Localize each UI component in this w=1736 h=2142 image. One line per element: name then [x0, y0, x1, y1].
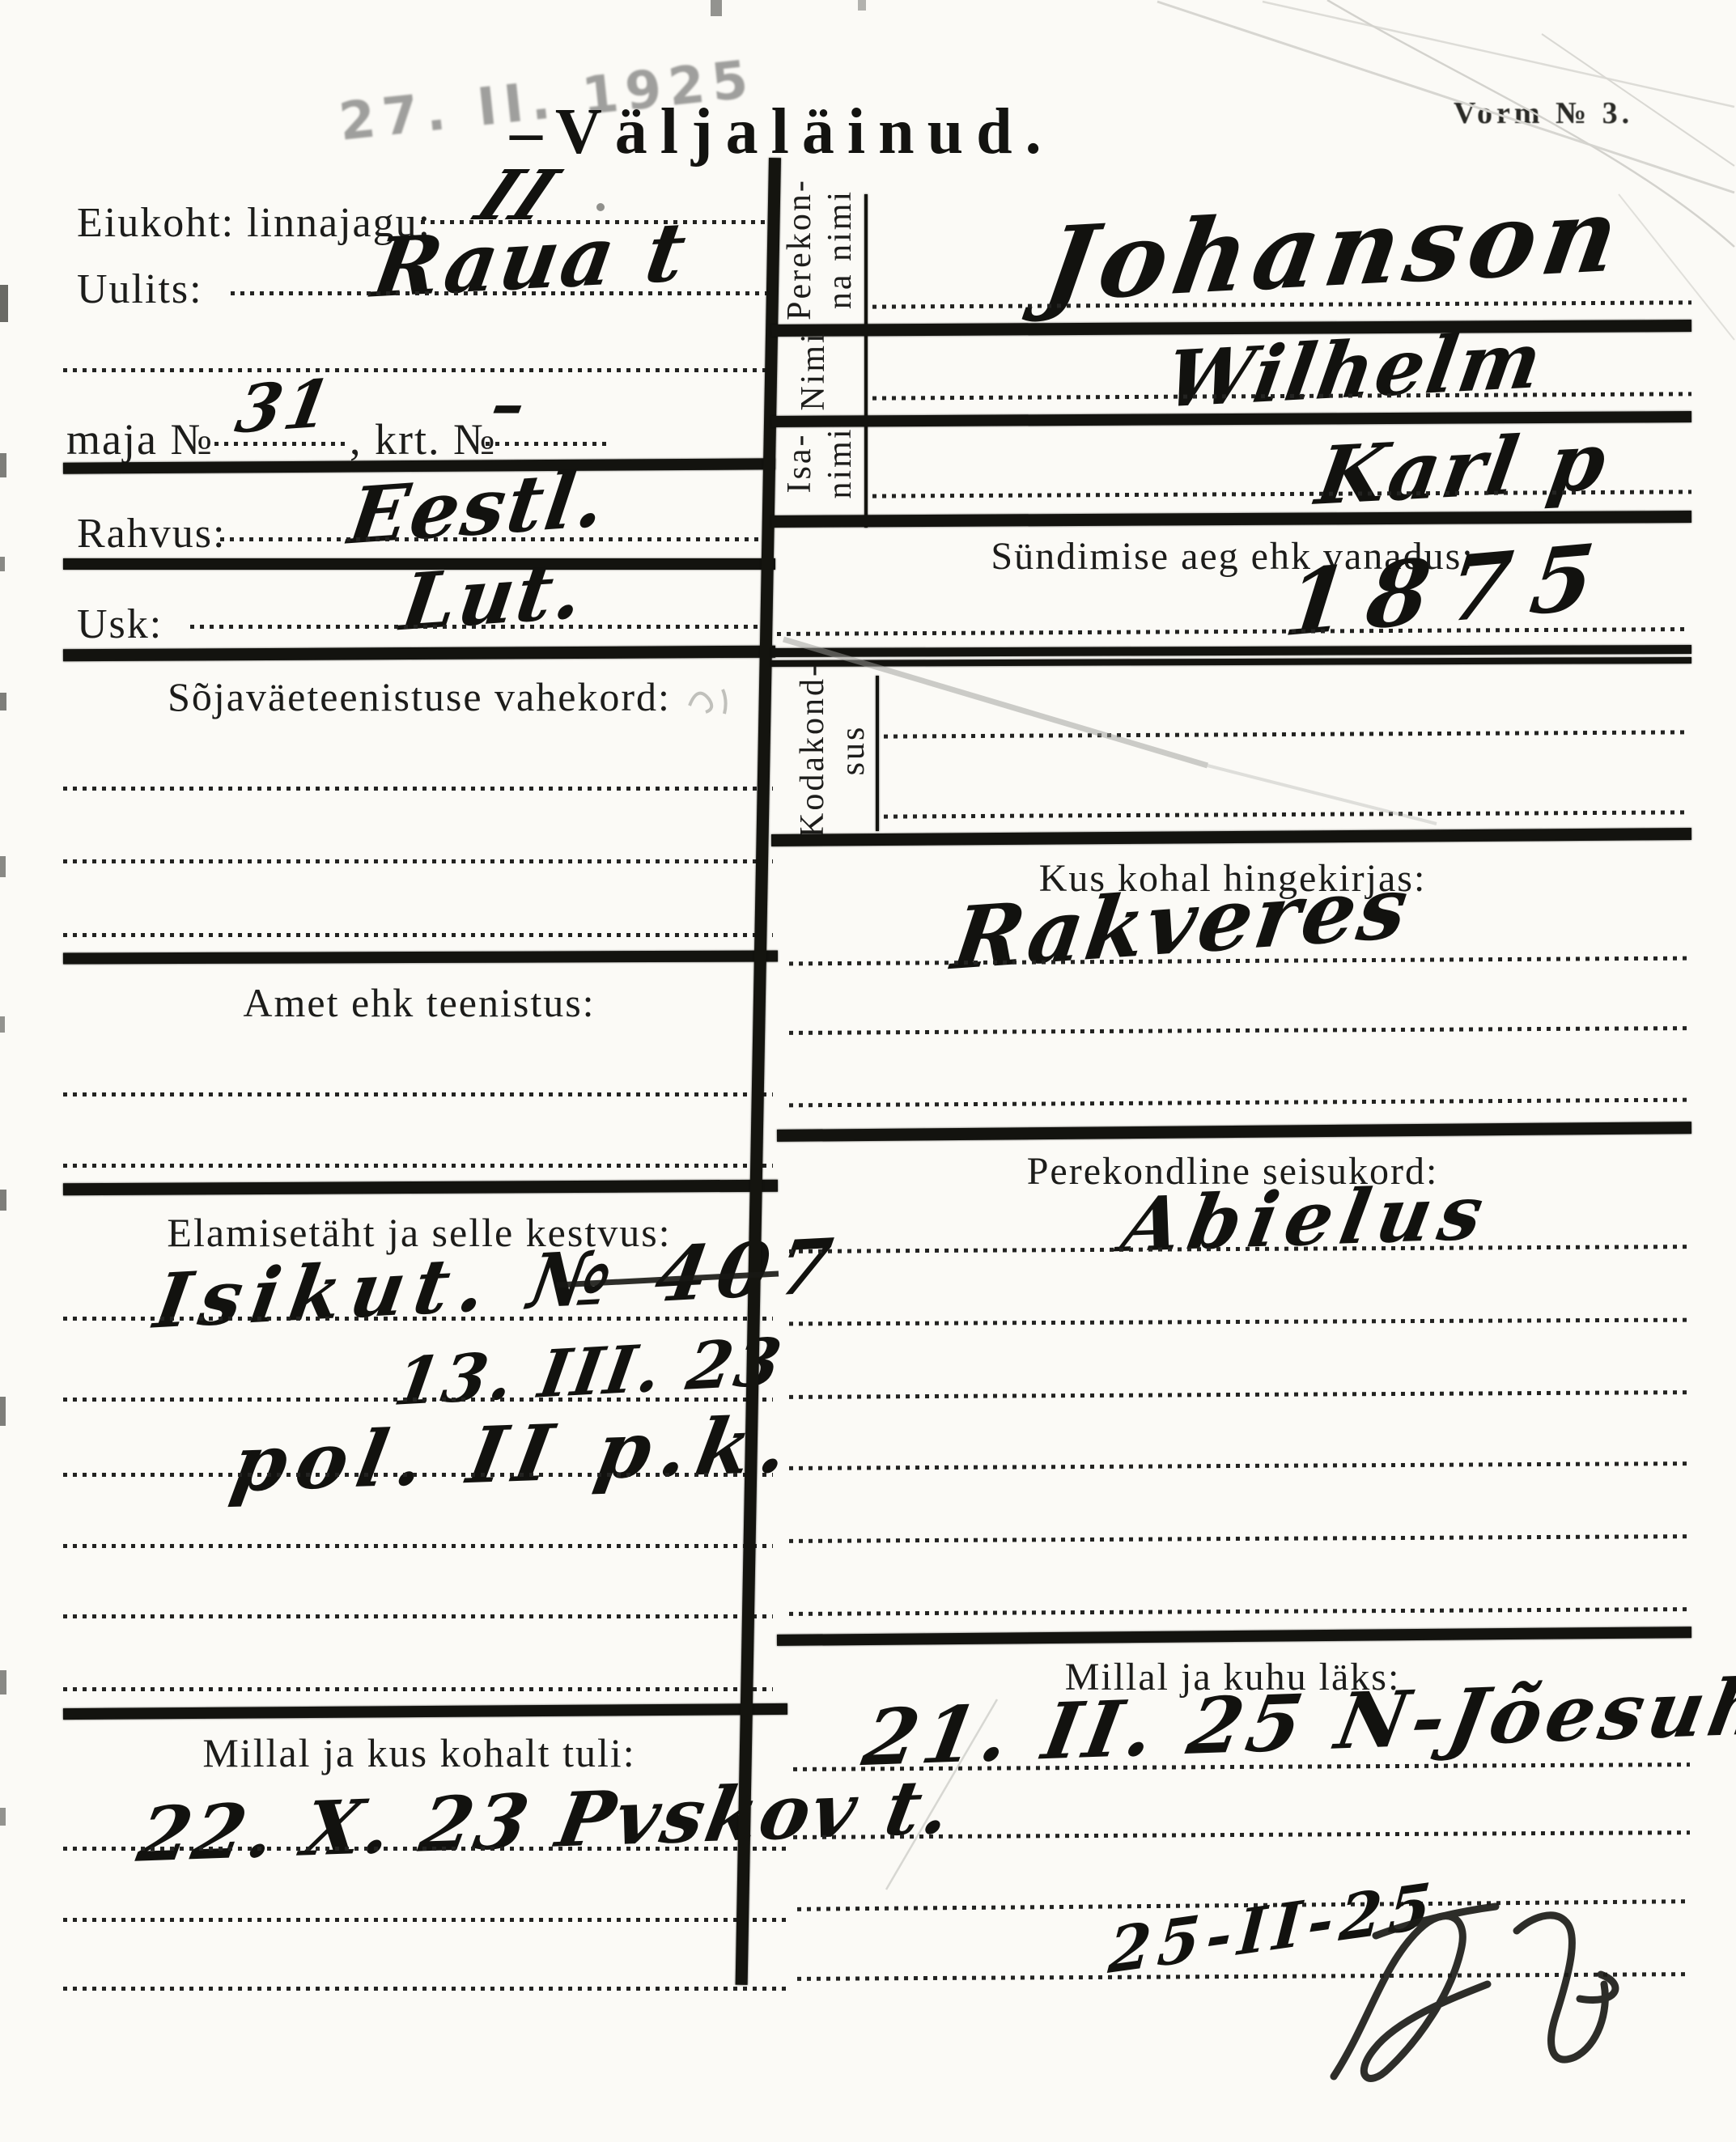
dotted-line [231, 291, 769, 295]
dotted-line [63, 1544, 773, 1548]
dotted-line [63, 1317, 773, 1321]
label-rule [864, 194, 868, 528]
apartment-label: , krt. № [350, 414, 497, 464]
citizenship-label-line1: Kodakond- [793, 663, 834, 838]
surname-label-line2: na nimi [821, 189, 861, 309]
dotted-line [789, 1607, 1690, 1616]
crease-line [1263, 2, 1734, 107]
dotted-line [63, 933, 773, 937]
dotted-line [789, 1461, 1690, 1470]
dotted-line [63, 1847, 789, 1851]
dotted-line [63, 368, 773, 372]
crease-line [1619, 194, 1734, 340]
dotted-line [789, 1098, 1690, 1108]
surname-vertical-label: Perekon- na nimi [782, 176, 860, 322]
fathername-label-line1: Isa- [780, 433, 821, 494]
form-title: –Väljaläinud. [510, 95, 1055, 169]
dotted-line [63, 1398, 773, 1402]
dotted-line [63, 1614, 773, 1618]
dotted-line [220, 537, 773, 541]
dotted-line [214, 442, 348, 446]
dotted-line [63, 1987, 789, 1991]
section-bar [63, 646, 775, 662]
section-bar [63, 1703, 787, 1720]
fathername-vertical-label: Isa- nimi [783, 418, 858, 508]
dotted-line [63, 1918, 789, 1922]
section-bar [777, 1122, 1691, 1142]
crease-line [1157, 2, 1734, 193]
section-bar [63, 950, 778, 964]
scanned-registration-card: 27. II. 1925 –Väljaläinud. Vorm № 3. Eiu… [0, 0, 1736, 2142]
form-number: Vorm № 3. [1454, 95, 1633, 131]
permit-line3-handwriting: pol. II p.k. [225, 1399, 804, 1509]
religion-value-handwriting: Lut. [396, 545, 590, 648]
house-label: maja № [66, 414, 214, 464]
arrival-label: Millal ja kus kohalt tuli: [63, 1729, 775, 1776]
dotted-line [777, 627, 1687, 636]
departure-date-note-handwriting: 25-II-25 [1106, 1868, 1440, 1988]
street-label: Uulits: [77, 265, 203, 313]
dotted-line [190, 625, 773, 629]
citizenship-label-line2: sus [834, 725, 874, 776]
citizenship-vertical-label: Kodakond- sus [795, 670, 872, 830]
dotted-line [884, 730, 1689, 738]
fathername-label-line2: nimi [821, 427, 861, 499]
label-rule [876, 676, 879, 831]
section-bar [771, 828, 1691, 846]
nationality-label: Rahvus: [77, 510, 226, 558]
firstname-vertical-label: Nimi [787, 333, 842, 409]
apartment-value-handwriting: – [486, 366, 534, 442]
section-bar [771, 511, 1691, 528]
religion-label: Usk: [77, 600, 163, 648]
dotted-line [797, 1972, 1690, 1981]
section-bar [771, 657, 1691, 667]
dotted-line [63, 1092, 773, 1096]
dotted-line [63, 787, 773, 791]
dotted-line [486, 442, 607, 446]
family-status-value-handwriting: Abielus [1116, 1169, 1498, 1270]
occupation-label: Amet ehk teenistus: [63, 979, 775, 1026]
house-value-handwriting: 31 [231, 364, 339, 448]
military-service-label: Sõjaväeteenistuse vahekord: [63, 673, 775, 720]
street-value-handwriting: Raua t [367, 203, 694, 316]
dotted-line [63, 1687, 773, 1691]
firstname-value-handwriting: Wilhelm [1160, 315, 1549, 425]
dotted-line [789, 1390, 1690, 1399]
fathername-value-handwriting: Karl p [1310, 414, 1615, 524]
dotted-line [789, 1318, 1690, 1326]
section-bar [771, 645, 1691, 657]
surname-label-line1: Perekon- [780, 178, 821, 320]
firstname-label: Nimi [794, 331, 834, 410]
arrival-value-handwriting: 22. X. 23 Pvskov t. [132, 1762, 960, 1879]
section-bar [63, 1180, 778, 1196]
dotted-line [884, 810, 1689, 818]
dotted-line [63, 1473, 773, 1477]
dotted-line [789, 1026, 1690, 1035]
dotted-line [63, 859, 773, 863]
dotted-line [63, 1164, 773, 1168]
dotted-line [789, 1534, 1690, 1543]
section-bar [777, 1627, 1691, 1646]
